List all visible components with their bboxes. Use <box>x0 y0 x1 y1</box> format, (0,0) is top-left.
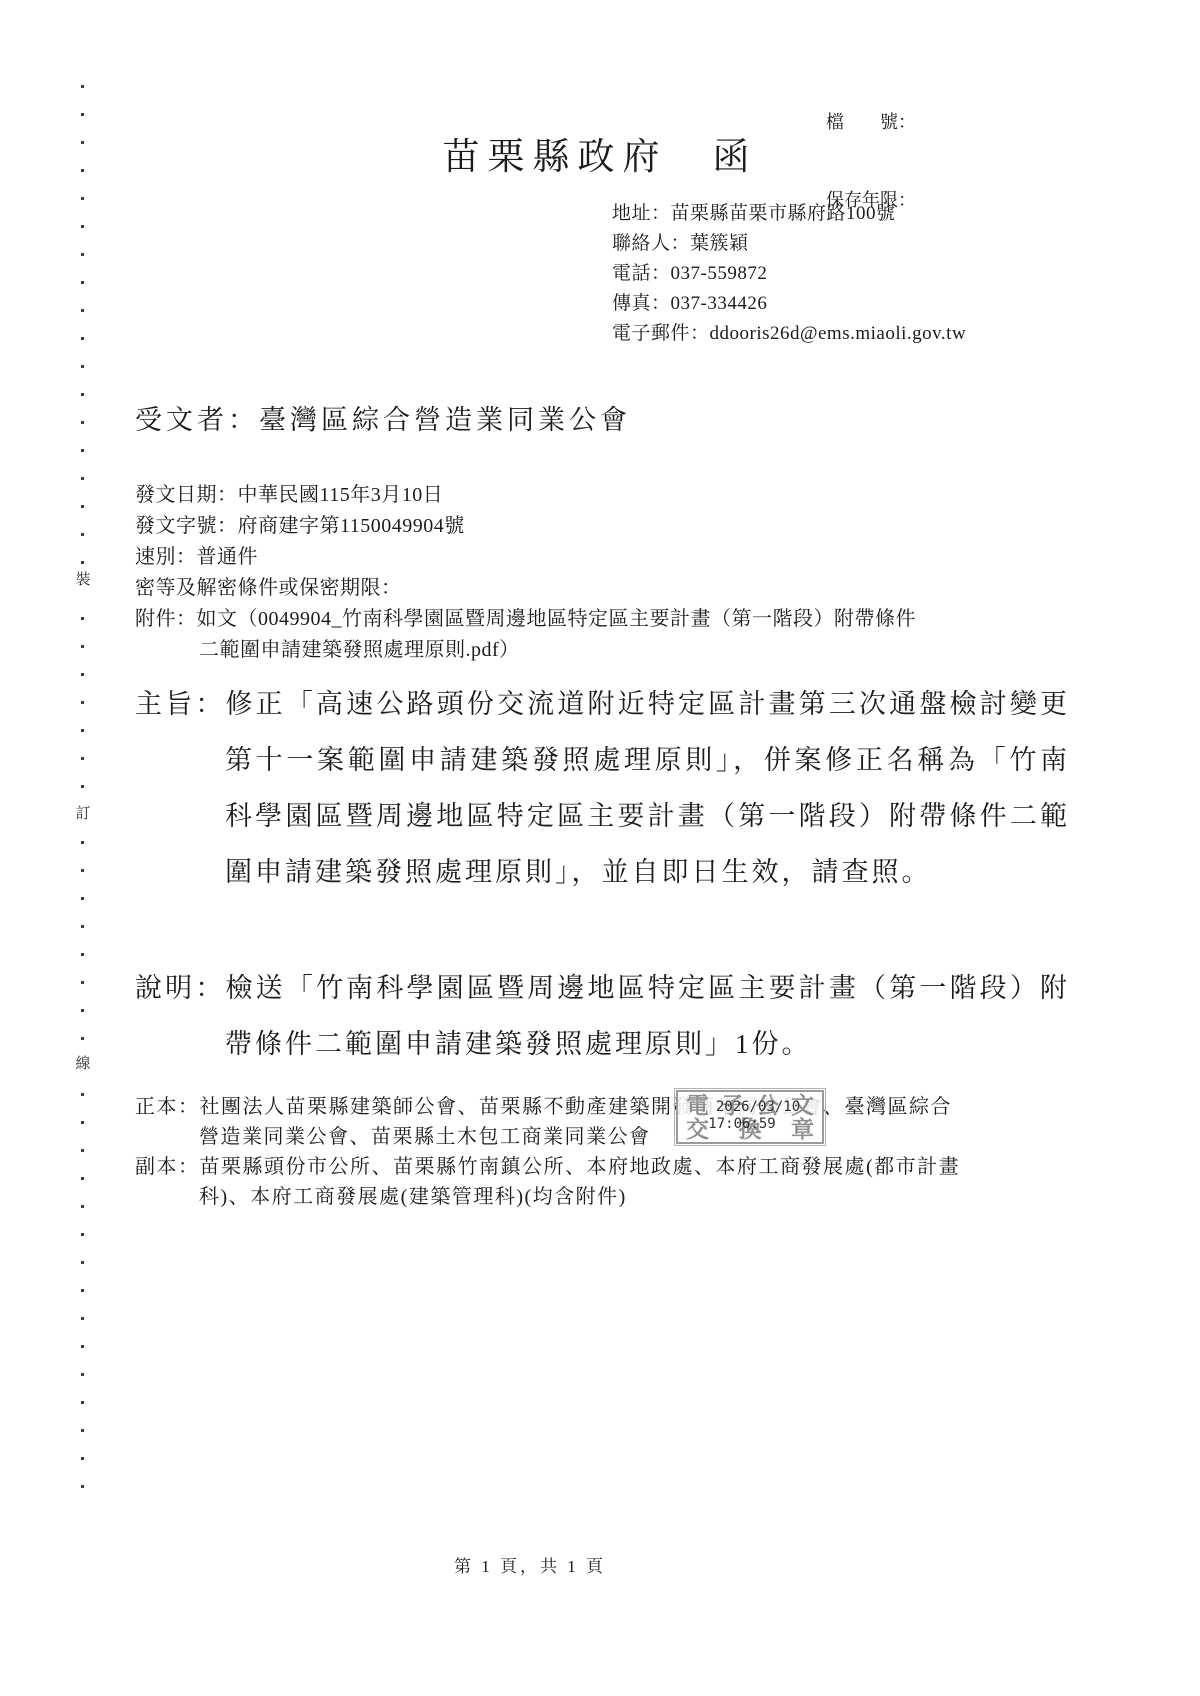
explanation-label: 說明： <box>135 973 226 1003</box>
binding-dotted-line <box>81 85 84 1505</box>
recipient-line: 受文者：臺灣區綜合營造業同業公會 <box>135 400 631 440</box>
sender-email: 電子郵件：ddooris26d@ems.miaoli.gov.tw <box>612 319 968 349</box>
stamp-time: 17:06:59 <box>678 1116 806 1133</box>
binding-marker-ding: 訂 <box>72 802 94 826</box>
cc-copy-label: 副本： <box>135 1156 200 1178</box>
file-number-label: 檔 號： <box>826 109 916 135</box>
binding-marker-zhuang: 裝 <box>72 568 94 592</box>
exchange-stamp: 電 子 公 文 交 換 章 2026/03/10 17:06:59 <box>676 1090 824 1144</box>
copies-block: 正本：社團法人苗栗縣建築師公會、苗栗縣不動產建築開發商業同業公會、臺灣區綜合營造… <box>135 1092 970 1212</box>
stamp-datetime: 2026/03/10 17:06:59 <box>678 1099 822 1133</box>
subject-label: 主旨： <box>135 689 226 719</box>
sender-info: 地址：苗栗縣苗栗市縣府路100號 聯絡人：葉簇穎 電話：037-559872 傳… <box>612 199 968 349</box>
original-copy-line: 正本：社團法人苗栗縣建築師公會、苗栗縣不動產建築開發商業同業公會、臺灣區綜合營造… <box>135 1092 970 1152</box>
subject-text: 修正「高速公路頭份交流道附近特定區計畫第三次通盤檢討變更第十一案範圍申請建築發照… <box>225 689 1070 887</box>
subject-paragraph: 主旨：修正「高速公路頭份交流道附近特定區計畫第三次通盤檢討變更第十一案範圍申請建… <box>135 676 1070 900</box>
attachment-label: 附件： <box>135 608 197 630</box>
attachment-text: 如文（0049904_竹南科學園區暨周邊地區特定區主要計畫（第一階段）附帶條件二… <box>197 608 917 661</box>
doc-number-line: 發文字號：府商建字第1150049904號 <box>135 511 925 542</box>
document-page: 裝 訂 線 檔 號： 保存年限： 苗栗縣政府 函 地址：苗栗縣苗栗市縣府路100… <box>0 0 1200 1696</box>
binding-marker-xian: 線 <box>72 1052 94 1076</box>
document-title: 苗栗縣政府 函 <box>0 134 1200 182</box>
sender-contact: 聯絡人：葉簇穎 <box>612 229 968 259</box>
doc-meta: 發文日期：中華民國115年3月10日 發文字號：府商建字第1150049904號… <box>135 480 925 666</box>
original-copy-label: 正本： <box>135 1096 200 1118</box>
attachment-line: 附件：如文（0049904_竹南科學園區暨周邊地區特定區主要計畫（第一階段）附帶… <box>135 604 925 666</box>
sender-address: 地址：苗栗縣苗栗市縣府路100號 <box>612 199 968 229</box>
cc-copy-line: 副本：苗栗縣頭份市公所、苗栗縣竹南鎮公所、本府地政處、本府工商發展處(都市計畫科… <box>135 1152 970 1212</box>
cc-copy-text: 苗栗縣頭份市公所、苗栗縣竹南鎮公所、本府地政處、本府工商發展處(都市計畫科)、本… <box>199 1156 960 1208</box>
original-copy-text: 社團法人苗栗縣建築師公會、苗栗縣不動產建築開發商業同業公會、臺灣區綜合營造業同業… <box>199 1096 952 1148</box>
priority-line: 速別：普通件 <box>135 542 925 573</box>
sender-fax: 傳真：037-334426 <box>612 289 968 319</box>
issue-date-line: 發文日期：中華民國115年3月10日 <box>135 480 925 511</box>
security-line: 密等及解密條件或保密期限： <box>135 573 925 604</box>
explanation-text: 檢送「竹南科學園區暨周邊地區特定區主要計畫（第一階段）附帶條件二範圍申請建築發照… <box>225 973 1070 1059</box>
explanation-paragraph: 說明：檢送「竹南科學園區暨周邊地區特定區主要計畫（第一階段）附帶條件二範圍申請建… <box>135 960 1070 1072</box>
stamp-date: 2026/03/10 <box>694 1099 822 1116</box>
page-footer: 第 1 頁，共 1 頁 <box>0 1552 1060 1577</box>
sender-phone: 電話：037-559872 <box>612 259 968 289</box>
